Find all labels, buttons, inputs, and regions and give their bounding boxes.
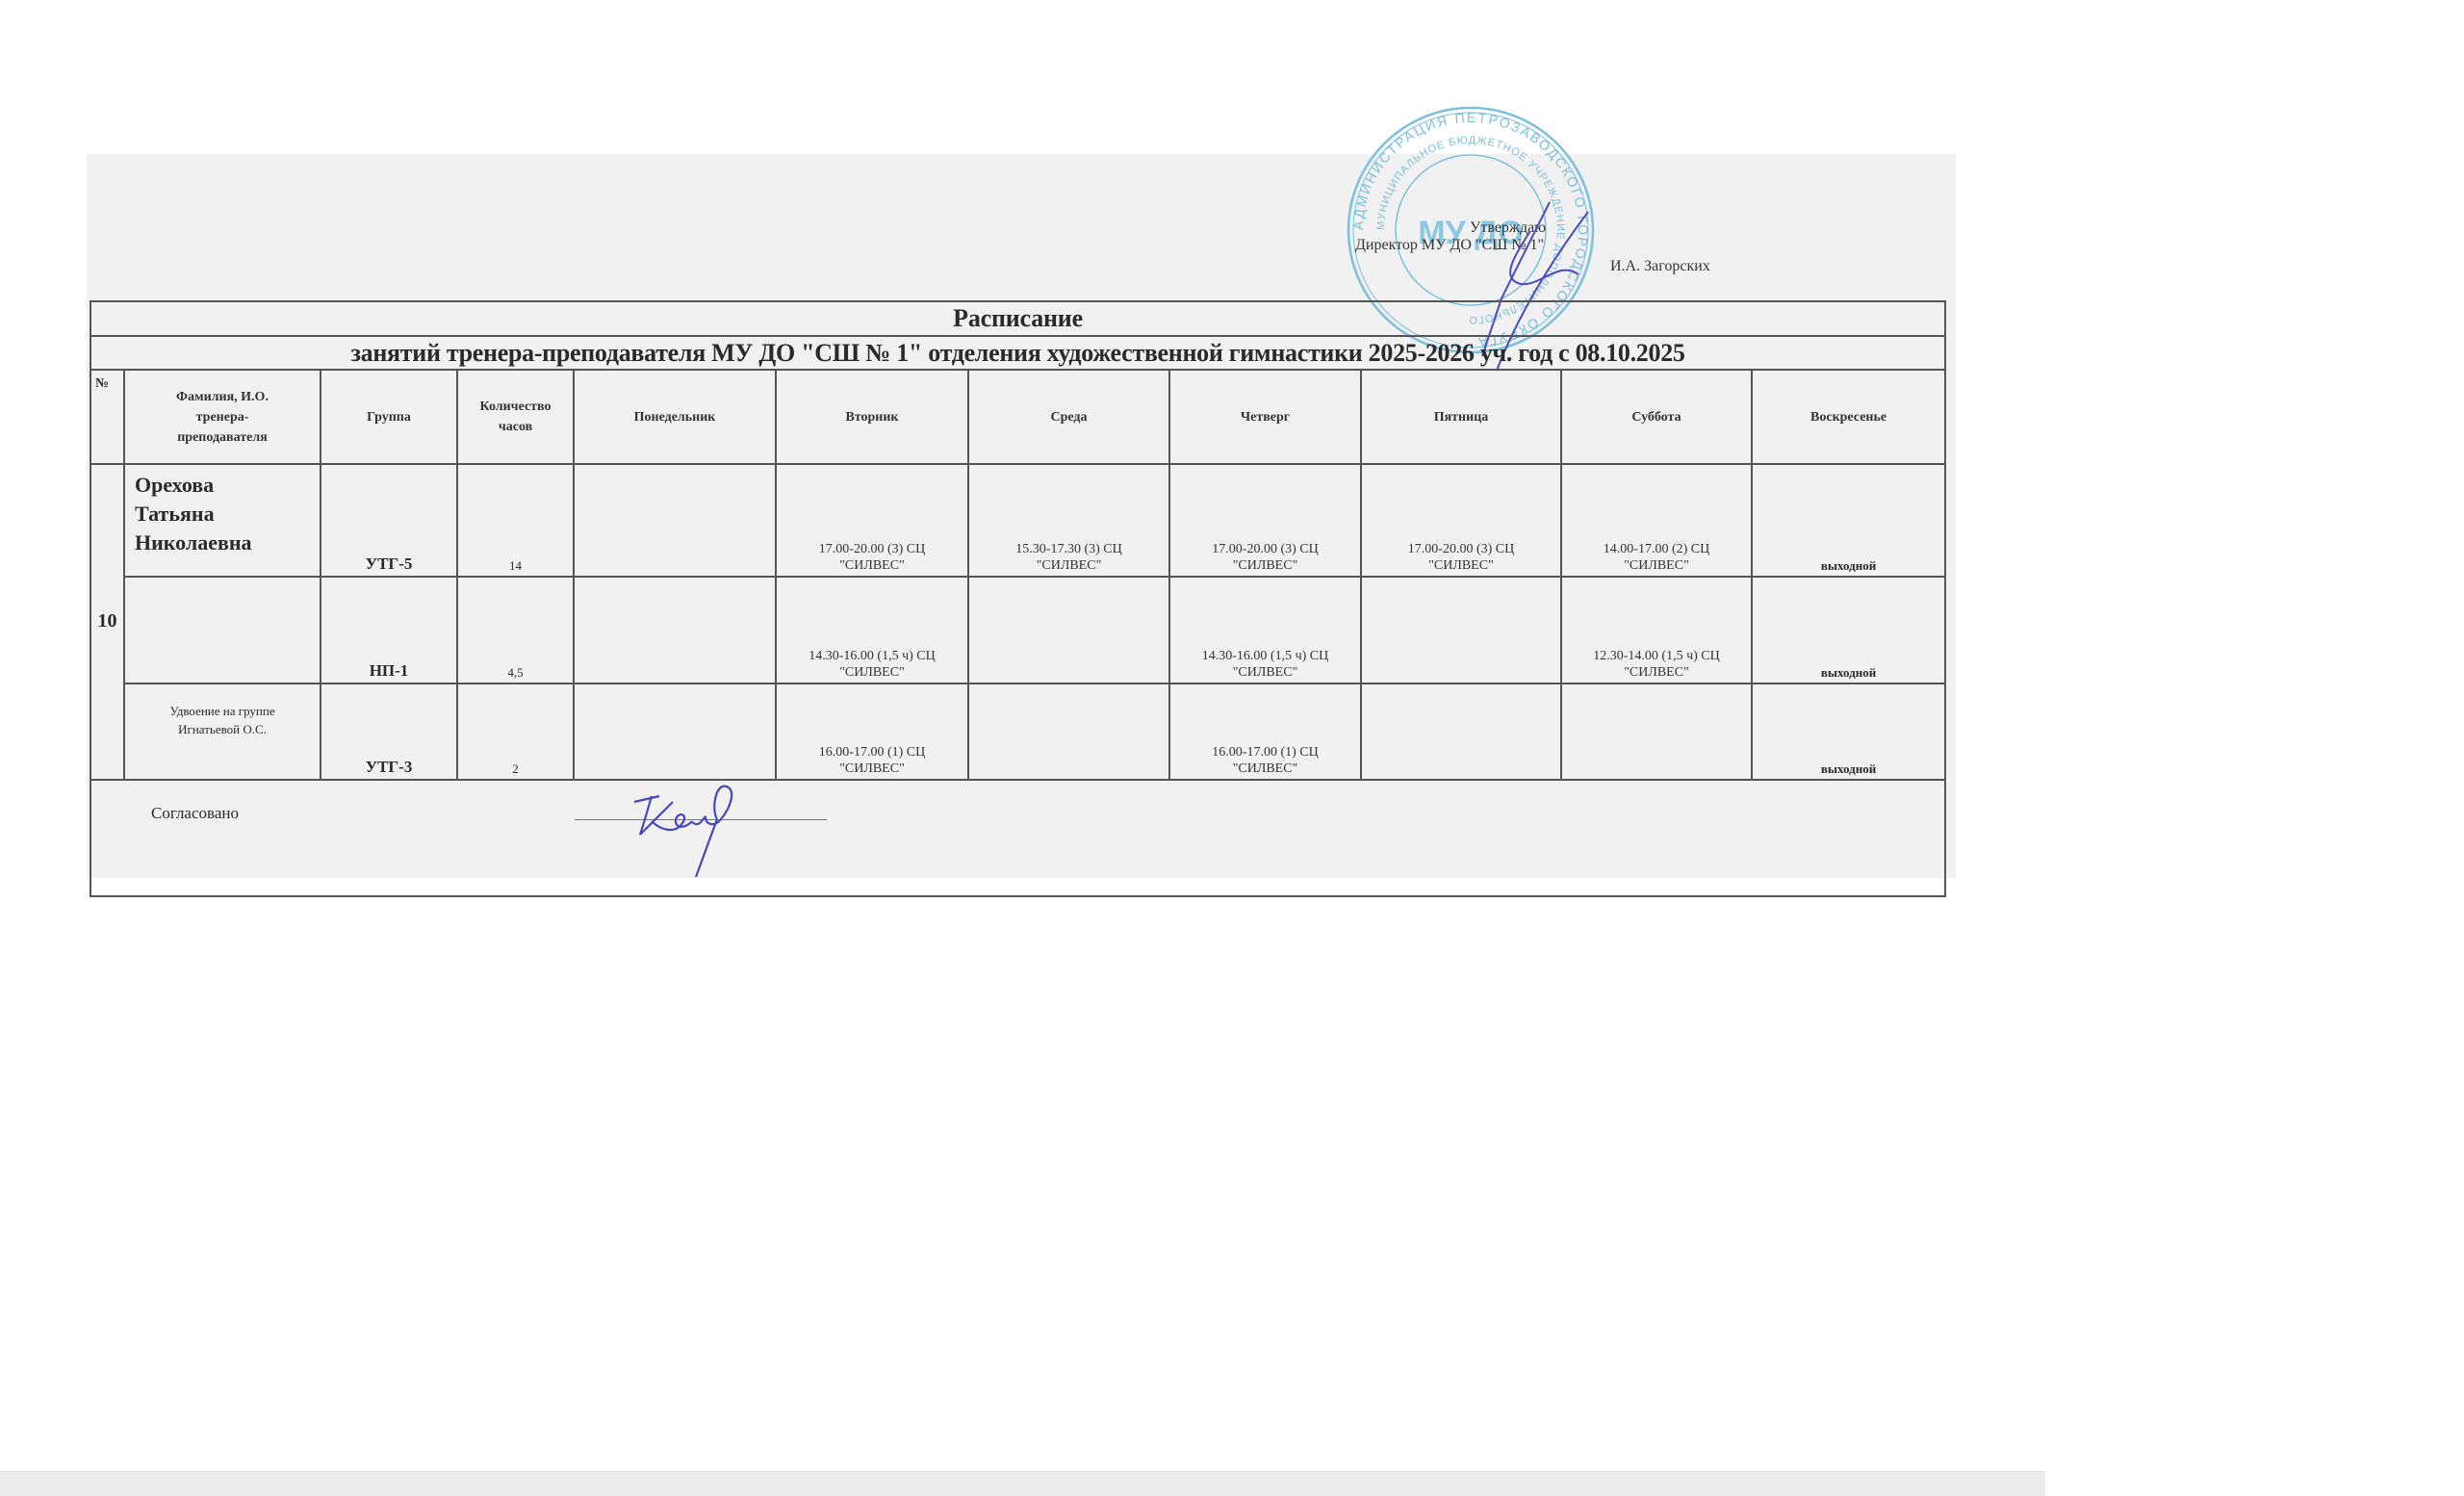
header-monday: Понедельник xyxy=(574,370,776,464)
friday-cell xyxy=(1361,684,1561,780)
hours-cell: 2 xyxy=(457,684,574,780)
sunday-cell: выходной xyxy=(1752,684,1945,780)
schedule-table: Расписание занятий тренера-преподавателя… xyxy=(90,300,1946,897)
note-cell: Удвоение на группе Игнатьевой О.С. xyxy=(124,684,321,780)
header-hours: Количество часов xyxy=(457,370,574,464)
monday-cell xyxy=(574,464,776,577)
tuesday-cell: 14.30-16.00 (1,5 ч) СЦ "СИЛВЕС" xyxy=(776,577,968,684)
saturday-cell: 12.30-14.00 (1,5 ч) СЦ "СИЛВЕС" xyxy=(1561,577,1752,684)
thursday-cell: 16.00-17.00 (1) СЦ "СИЛВЕС" xyxy=(1169,684,1361,780)
wednesday-cell: 15.30-17.30 (3) СЦ "СИЛВЕС" xyxy=(968,464,1169,577)
schedule-table-wrapper: Расписание занятий тренера-преподавателя… xyxy=(90,300,1946,897)
table-row: 10 Орехова Татьяна Николаевна УТГ-5 14 1… xyxy=(90,464,1945,577)
table-header-row: № Фамилия, И.О. тренера-преподавателя Гр… xyxy=(90,370,1945,464)
tuesday-cell: 17.00-20.00 (3) СЦ "СИЛВЕС" xyxy=(776,464,968,577)
wednesday-cell xyxy=(968,577,1169,684)
document-subtitle: занятий тренера-преподавателя МУ ДО "СШ … xyxy=(90,336,1945,370)
thursday-cell: 17.00-20.00 (3) СЦ "СИЛВЕС" xyxy=(1169,464,1361,577)
header-tuesday: Вторник xyxy=(776,370,968,464)
approval-signatory: И.А. Загорских xyxy=(1610,258,1710,275)
hours-cell: 14 xyxy=(457,464,574,577)
agreement-signature-icon xyxy=(623,781,757,877)
scan-edge-strip xyxy=(0,1471,2045,1496)
agreed-label: Согласовано xyxy=(151,804,239,823)
header-sunday: Воскресенье xyxy=(1752,370,1945,464)
wednesday-cell xyxy=(968,684,1169,780)
header-trainer-name: Фамилия, И.О. тренера-преподавателя xyxy=(124,370,321,464)
footer-row: Согласовано xyxy=(90,780,1945,896)
entry-number: 10 xyxy=(90,464,124,780)
footer-cell: Согласовано xyxy=(90,780,1945,896)
group-cell: УТГ-3 xyxy=(321,684,457,780)
saturday-cell: 14.00-17.00 (2) СЦ "СИЛВЕС" xyxy=(1561,464,1752,577)
monday-cell xyxy=(574,684,776,780)
table-row: Удвоение на группе Игнатьевой О.С. УТГ-3… xyxy=(90,684,1945,780)
saturday-cell xyxy=(1561,684,1752,780)
document-title: Расписание xyxy=(90,301,1945,336)
tuesday-cell: 16.00-17.00 (1) СЦ "СИЛВЕС" xyxy=(776,684,968,780)
monday-cell xyxy=(574,577,776,684)
group-cell: НП-1 xyxy=(321,577,457,684)
thursday-cell: 14.30-16.00 (1,5 ч) СЦ "СИЛВЕС" xyxy=(1169,577,1361,684)
header-wednesday: Среда xyxy=(968,370,1169,464)
header-friday: Пятница xyxy=(1361,370,1561,464)
note-cell xyxy=(124,577,321,684)
group-cell: УТГ-5 xyxy=(321,464,457,577)
friday-cell xyxy=(1361,577,1561,684)
table-row: НП-1 4,5 14.30-16.00 (1,5 ч) СЦ "СИЛВЕС"… xyxy=(90,577,1945,684)
header-group: Группа xyxy=(321,370,457,464)
sunday-cell: выходной xyxy=(1752,577,1945,684)
sunday-cell: выходной xyxy=(1752,464,1945,577)
header-thursday: Четверг xyxy=(1169,370,1361,464)
hours-cell: 4,5 xyxy=(457,577,574,684)
trainer-name: Орехова Татьяна Николаевна xyxy=(124,464,321,577)
friday-cell: 17.00-20.00 (3) СЦ "СИЛВЕС" xyxy=(1361,464,1561,577)
header-number: № xyxy=(90,370,124,464)
header-saturday: Суббота xyxy=(1561,370,1752,464)
